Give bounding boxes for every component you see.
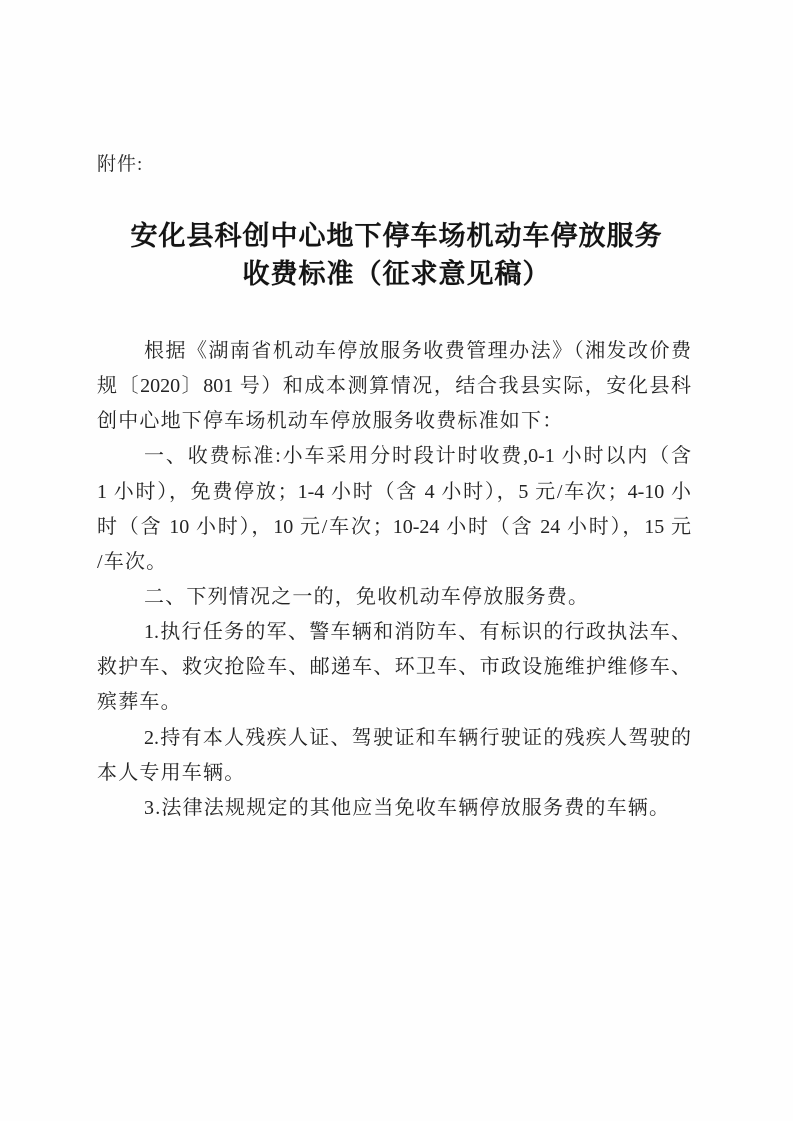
document-title-line1: 安化县科创中心地下停车场机动车停放服务 [0,217,793,255]
document-line: 创中心地下停车场机动车停放服务收费标准如下： [97,404,691,439]
document-page: 附件: 安化县科创中心地下停车场机动车停放服务 收费标准（征求意见稿） 根据《湖… [0,0,793,1121]
document-body: 根据《湖南省机动车停放服务收费管理办法》（湘发改价费规〔2020〕801 号）和… [97,334,691,826]
document-line: 殡葬车。 [97,685,691,720]
document-line: 2.持有本人残疾人证、驾驶证和车辆行驶证的残疾人驾驶的 [97,721,691,756]
document-line: 根据《湖南省机动车停放服务收费管理办法》（湘发改价费 [97,334,691,369]
document-line: /车次。 [97,545,691,580]
document-line: 1 小时），免费停放；1-4 小时（含 4 小时），5 元/车次；4-10 小 [97,475,691,510]
document-line: 一、收费标准:小车采用分时段计时收费,0-1 小时以内（含 [97,439,691,474]
attachment-label: 附件: [97,152,143,178]
document-line: 二、下列情况之一的，免收机动车停放服务费。 [97,580,691,615]
document-line: 本人专用车辆。 [97,756,691,791]
document-line: 1.执行任务的军、警车辆和消防车、有标识的行政执法车、 [97,615,691,650]
document-line: 3.法律法规规定的其他应当免收车辆停放服务费的车辆。 [97,791,691,826]
document-title-line2: 收费标准（征求意见稿） [0,255,793,293]
document-title: 安化县科创中心地下停车场机动车停放服务 收费标准（征求意见稿） [0,217,793,293]
document-line: 时（含 10 小时），10 元/车次；10-24 小时（含 24 小时），15 … [97,510,691,545]
document-line: 规〔2020〕801 号）和成本测算情况，结合我县实际，安化县科 [97,369,691,404]
document-line: 救护车、救灾抢险车、邮递车、环卫车、市政设施维护维修车、 [97,650,691,685]
